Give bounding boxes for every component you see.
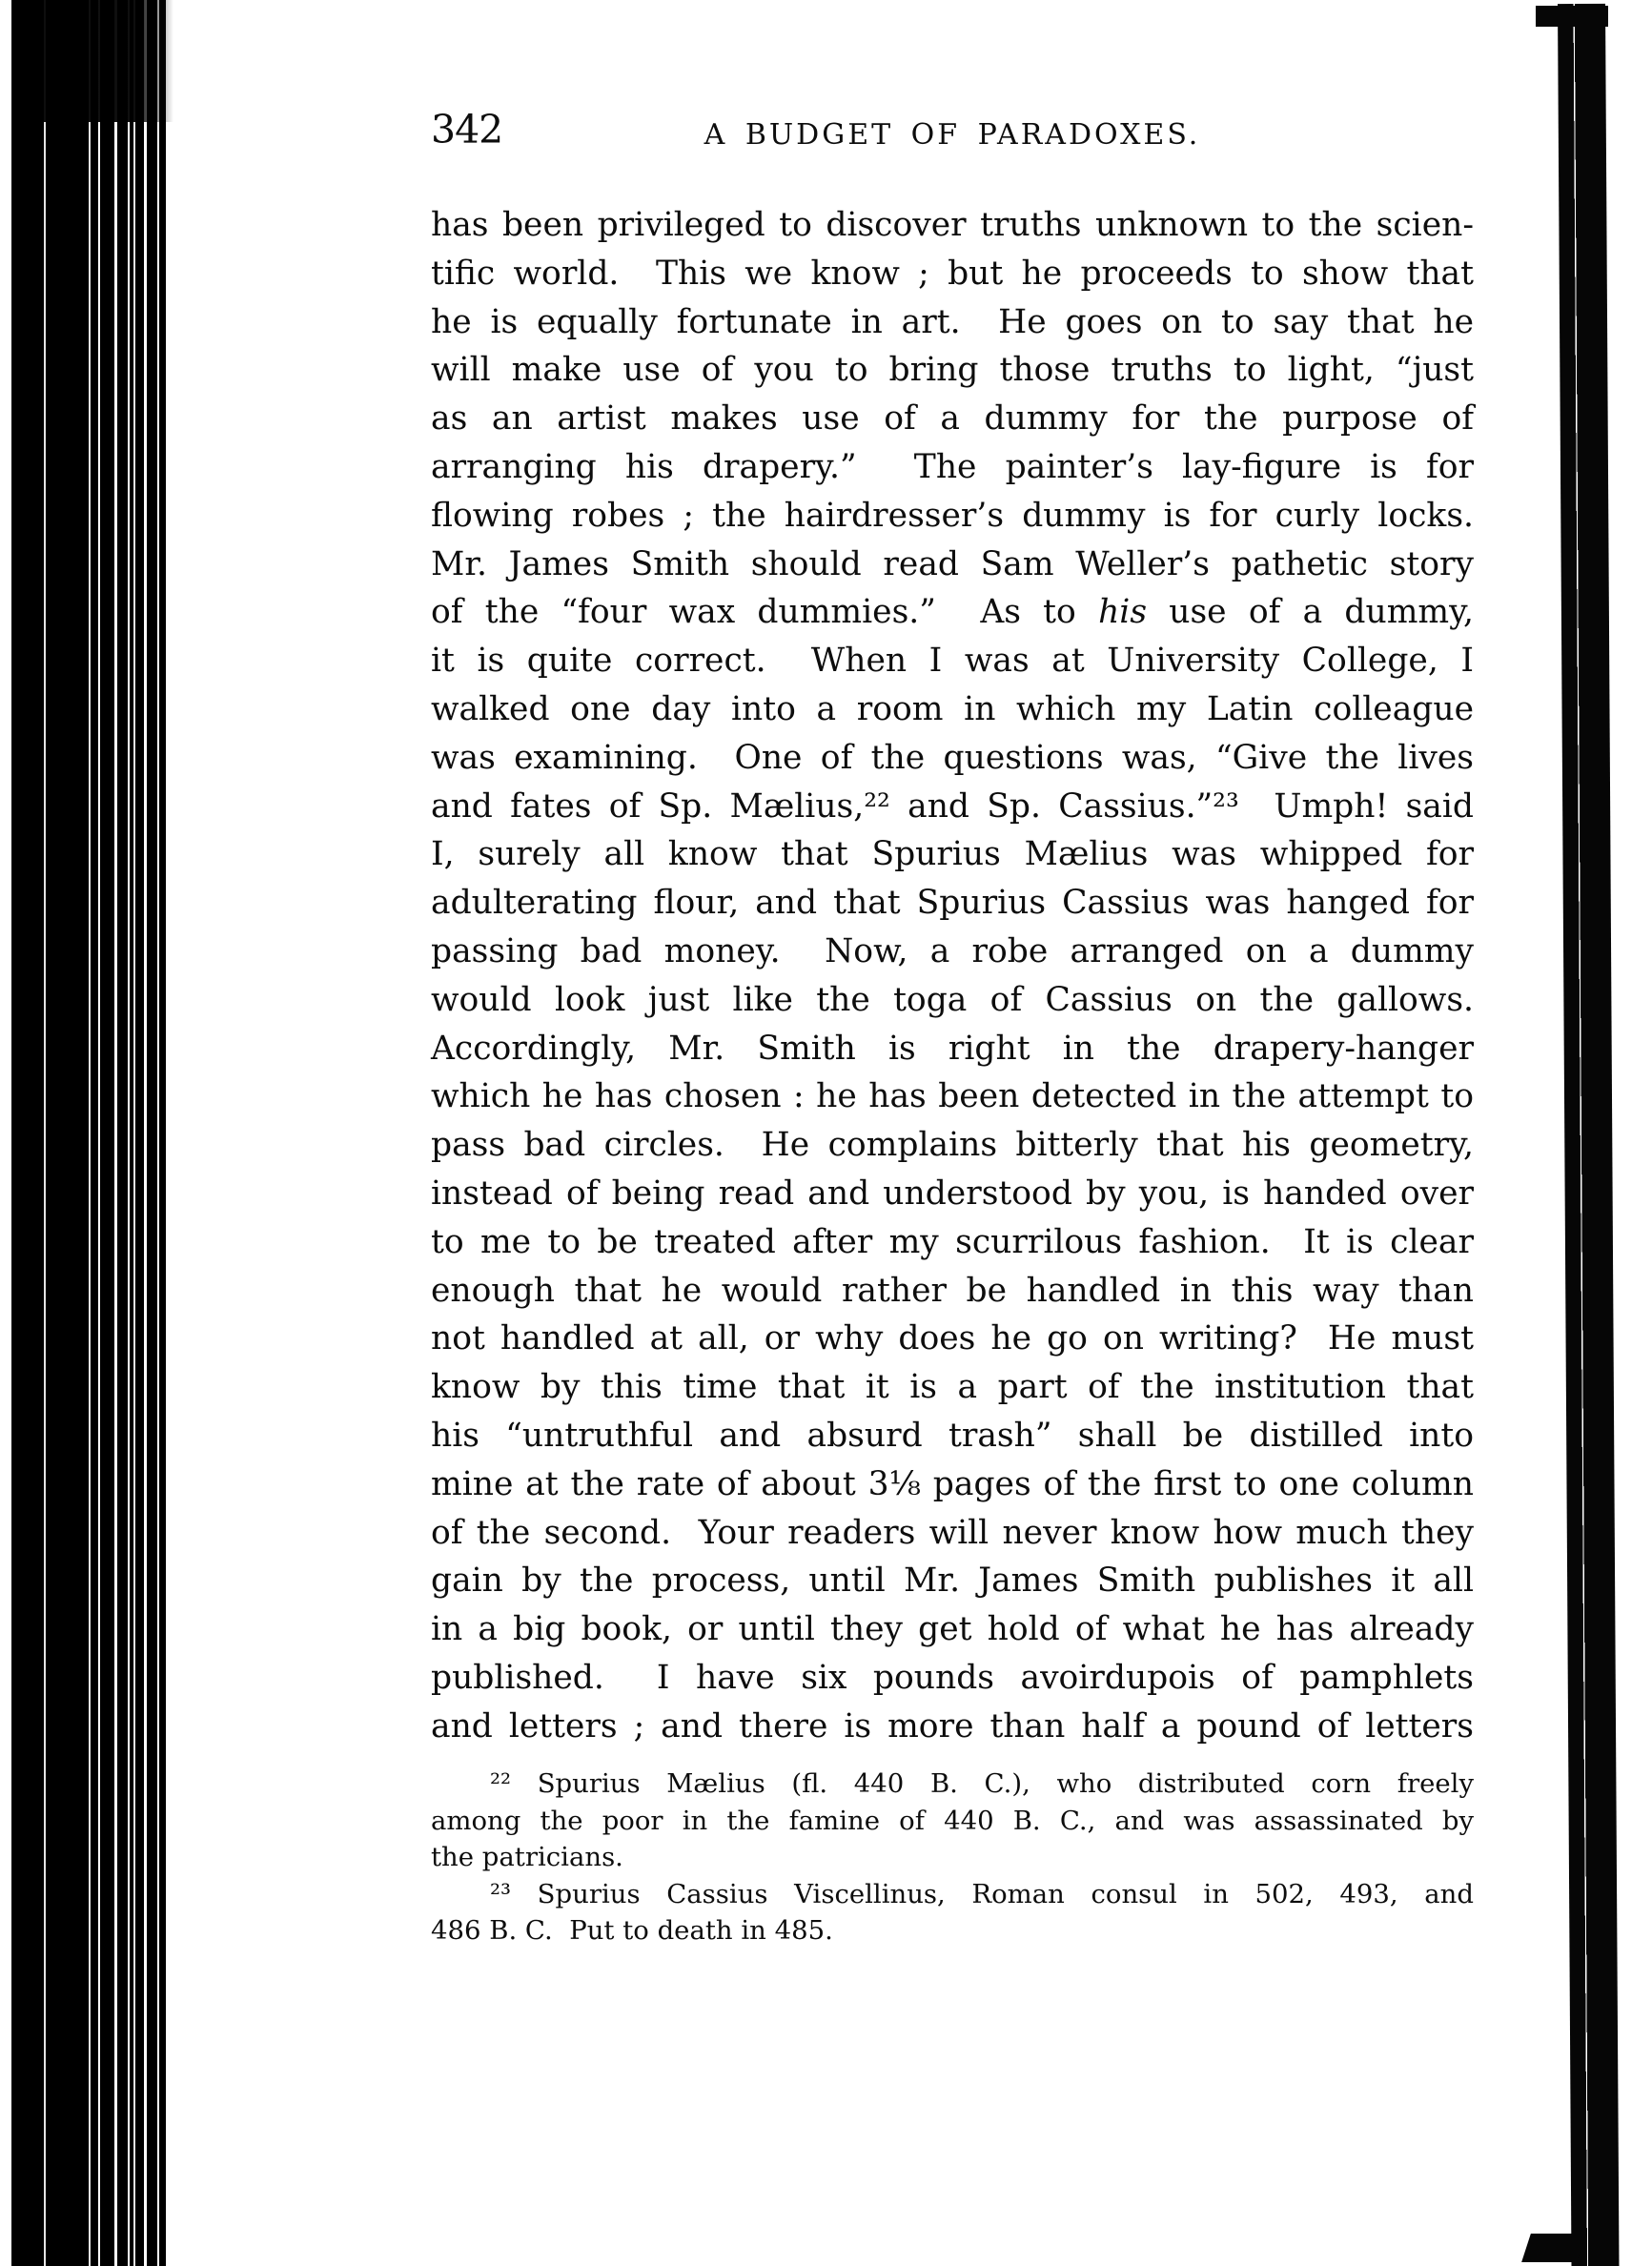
text-line: flowing robes ; the hairdresser’s dummy … — [431, 492, 1474, 541]
text-line: has been privileged to discover truths u… — [431, 201, 1474, 250]
text-line: was examining. One of the questions was,… — [431, 734, 1474, 783]
text-line: adulterating flour, and that Spurius Cas… — [431, 879, 1474, 928]
text-line: and letters ; and there is more than hal… — [431, 1703, 1474, 1751]
italic-text-segment: his — [1098, 593, 1147, 631]
text-line: it is quite correct. When I was at Unive… — [431, 637, 1474, 685]
text-line: published. I have six pounds avoirdupois… — [431, 1654, 1474, 1703]
scanned-book-page: 342 A BUDGET OF PARADOXES. has been priv… — [0, 0, 1652, 2266]
text-line: of the second. Your readers will never k… — [431, 1509, 1474, 1558]
text-line: not handled at all, or why does he go on… — [431, 1315, 1474, 1363]
text-segment: of the “four wax dummies.” As to — [431, 593, 1098, 631]
scan-edge-strip — [1558, 4, 1620, 2266]
scan-edge-wedge — [1536, 6, 1608, 27]
text-line: of the “four wax dummies.” As to his use… — [431, 588, 1474, 637]
text-line: which he has chosen : he has been detect… — [431, 1072, 1474, 1121]
footnote-line: 486 B. C. Put to death in 485. — [431, 1912, 1474, 1950]
text-line: enough that he would rather be handled i… — [431, 1267, 1474, 1316]
page-header: 342 A BUDGET OF PARADOXES. — [431, 103, 1474, 153]
body-text: has been privileged to discover truths u… — [431, 201, 1474, 1751]
text-line: he is equally fortunate in art. He goes … — [431, 298, 1474, 347]
text-line: Accordingly, Mr. Smith is right in the d… — [431, 1025, 1474, 1073]
binding-shadow-top — [11, 0, 173, 122]
text-line: will make use of you to bring those trut… — [431, 346, 1474, 395]
text-line: gain by the process, until Mr. James Smi… — [431, 1557, 1474, 1605]
text-line: pass bad circles. He complains bitterly … — [431, 1121, 1474, 1170]
text-segment: use of a dummy, — [1147, 593, 1474, 631]
text-line: know by this time that it is a part of t… — [431, 1363, 1474, 1412]
scan-edge-foot — [1521, 2234, 1586, 2262]
text-line: I, surely all know that Spurius Mælius w… — [431, 830, 1474, 879]
text-line: instead of being read and understood by … — [431, 1170, 1474, 1218]
footnote-line: ²² Spurius Mælius (fl. 440 B. C.), who d… — [431, 1766, 1474, 1803]
text-line: mine at the rate of about 3⅛ pages of th… — [431, 1460, 1474, 1509]
text-line: and fates of Sp. Mælius,²² and Sp. Cassi… — [431, 783, 1474, 831]
footnote-line: ²³ Spurius Cassius Viscellinus, Roman co… — [431, 1876, 1474, 1913]
text-line: tific world. This we know ; but he proce… — [431, 250, 1474, 298]
text-line: in a big book, or until they get hold of… — [431, 1605, 1474, 1654]
text-line: would look just like the toga of Cassius… — [431, 976, 1474, 1025]
text-line: walked one day into a room in which my L… — [431, 685, 1474, 734]
binding-shadow — [11, 0, 166, 2266]
text-line: arranging his drapery.” The painter’s la… — [431, 443, 1474, 492]
text-line: as an artist makes use of a dummy for th… — [431, 395, 1474, 443]
text-line: his “untruthful and absurd trash” shall … — [431, 1412, 1474, 1460]
text-line: passing bad money. Now, a robe arranged … — [431, 928, 1474, 976]
text-line: Mr. James Smith should read Sam Weller’s… — [431, 541, 1474, 589]
footnote-line: among the poor in the famine of 440 B. C… — [431, 1803, 1474, 1840]
footnote-line: the patricians. — [431, 1839, 1474, 1876]
running-title: A BUDGET OF PARADOXES. — [431, 118, 1474, 152]
text-line: to me to be treated after my scurrilous … — [431, 1218, 1474, 1267]
footnotes: ²² Spurius Mælius (fl. 440 B. C.), who d… — [431, 1766, 1474, 1950]
